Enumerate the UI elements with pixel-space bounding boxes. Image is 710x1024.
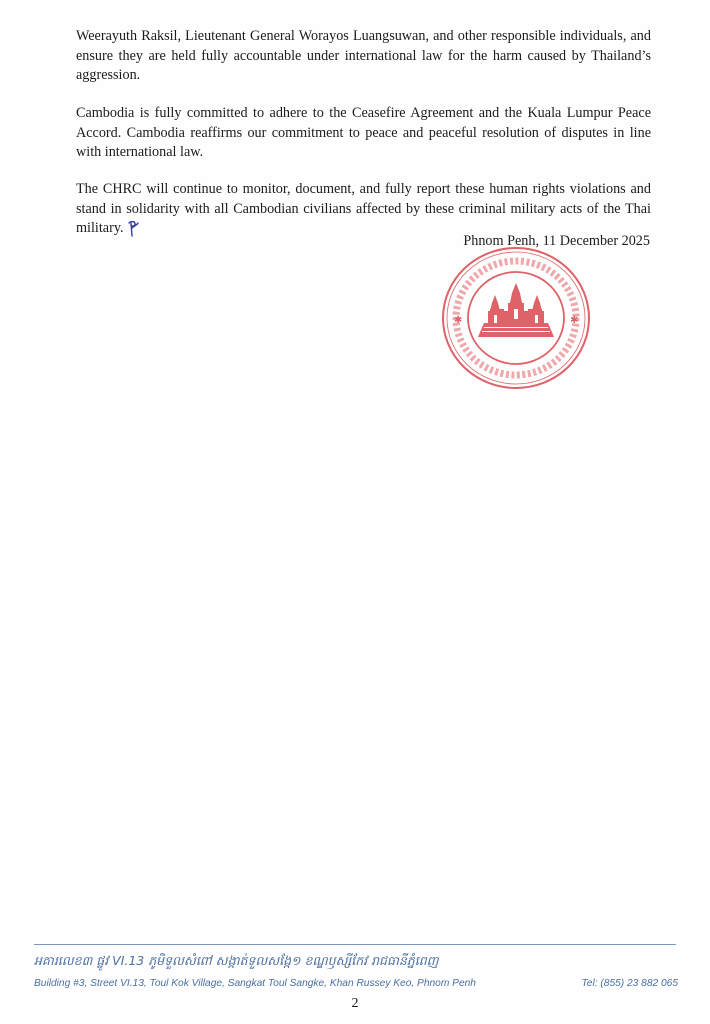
svg-text:✱: ✱ [454,315,462,326]
handwritten-initial-icon [126,220,140,238]
document-page: Weerayuth Raksil, Lieutenant General Wor… [0,0,710,1024]
footer-telephone: Tel: (855) 23 882 065 [582,978,678,989]
paragraph-chrc-text: The CHRC will continue to monitor, docum… [76,181,651,236]
footer-divider [34,944,676,945]
paragraph-chrc-monitoring: The CHRC will continue to monitor, docum… [76,180,651,239]
page-number: 2 [0,996,710,1012]
footer-address-khmer: អគារលេខ៣ ផ្លូវ VI.13 ភូមិទួលសំពៅ សង្កាត់… [34,953,439,972]
paragraph-accountability: Weerayuth Raksil, Lieutenant General Wor… [76,27,651,86]
svg-text:✱: ✱ [570,315,578,326]
footer-address-english: Building #3, Street VI.13, Toul Kok Vill… [34,978,476,989]
official-seal-angkor-temple-icon: ✱ ✱ [440,245,592,391]
place-and-date: Phnom Penh, 11 December 2025 [463,233,650,250]
paragraph-ceasefire-commitment: Cambodia is fully committed to adhere to… [76,104,651,163]
